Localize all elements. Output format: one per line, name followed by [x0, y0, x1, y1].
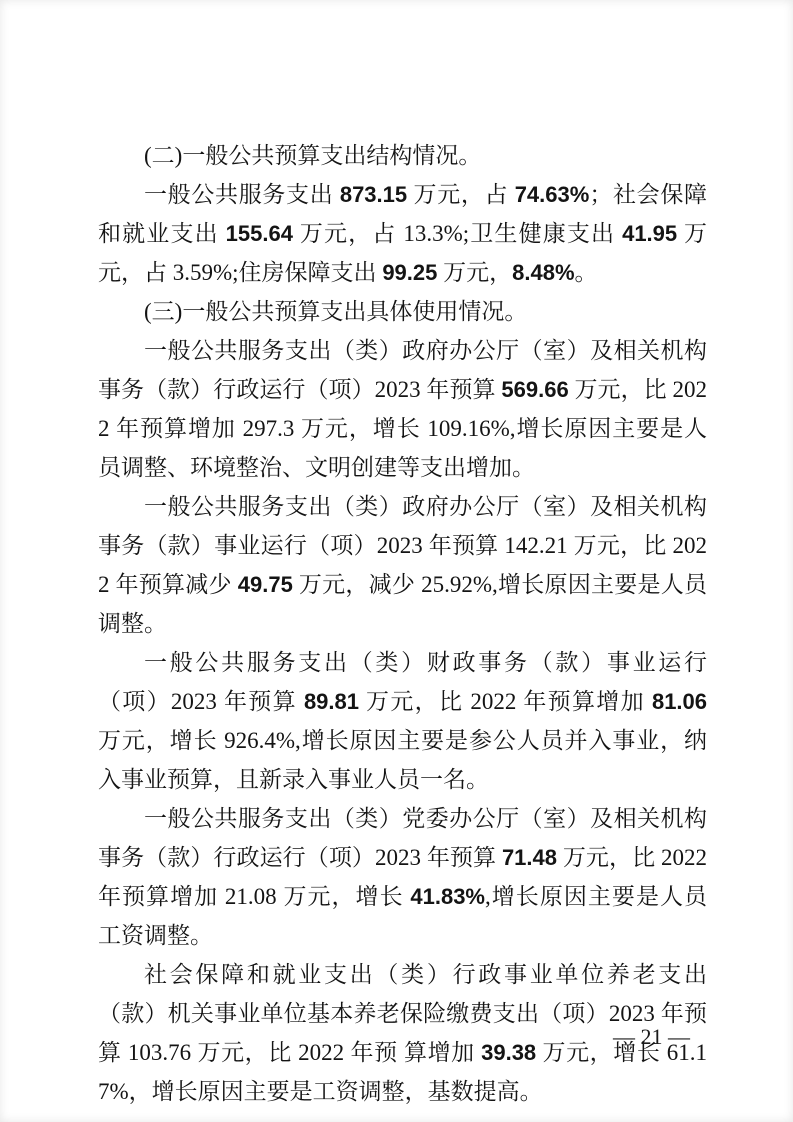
page-footer: — 21 — — [613, 1022, 690, 1052]
text-run: 3.59% — [173, 260, 232, 285]
numeric-value: 873.15 — [340, 182, 407, 207]
paragraph-finance-affairs: 一般公共服务支出（类）财政事务（款）事业运行 （项）2023 年预算 89.81… — [98, 643, 707, 799]
text-run: ;住房保障支出 — [232, 260, 382, 285]
paragraph-party-office-admin: 一般公共服务支出（类）党委办公厅（室）及相关机构事务（款）行政运行（项）2023… — [98, 799, 707, 955]
text-run: ，增长原因主要是工资调整，基数提高。 — [129, 1079, 543, 1104]
section-heading-3: (三)一般公共预算支出具体使用情况。 — [98, 292, 707, 331]
paragraph-gov-office-operation: 一般公共服务支出（类）政府办公厅（室）及相关机构事务（款）事业运行（项）2023… — [98, 487, 707, 643]
text-run: 万元，比 2022 年预算增加 — [359, 689, 652, 714]
numeric-value: 41.95 — [622, 221, 677, 246]
page-number: — 21 — — [613, 1024, 690, 1049]
text-run: (三)一般公共预算支出具体使用情况。 — [144, 299, 527, 324]
text-run: (二)一般公共预算支出结构情况。 — [144, 143, 481, 168]
text-run: 万元，增长 — [294, 416, 427, 441]
text-run: 万元，增长 — [277, 884, 411, 909]
paragraph-gov-office-admin: 一般公共服务支出（类）政府办公厅（室）及相关机构事务（款）行政运行（项）2023… — [98, 331, 707, 487]
numeric-value: 569.66 — [501, 377, 568, 402]
text-run: 一般公共服务支出 — [144, 182, 340, 207]
paragraph-expenditure-structure: 一般公共服务支出 873.15 万元，占 74.63%；社会保障和就业支出 15… — [98, 175, 707, 292]
text-run: 297.3 — [243, 416, 295, 441]
numeric-value: 81.06 — [652, 689, 707, 714]
text-run: ;卫生健康支出 — [463, 221, 622, 246]
text-run: 万元，比 2022 年预 算增加 — [191, 1040, 481, 1065]
numeric-value: 41.83% — [410, 884, 485, 909]
numeric-value: 155.64 — [226, 221, 293, 246]
numeric-value: 99.25 — [382, 260, 437, 285]
text-run: 。 — [575, 260, 598, 285]
text-run: 万元，占 — [407, 182, 515, 207]
text-run: 142.21 — [504, 533, 567, 558]
numeric-value: 71.48 — [502, 845, 557, 870]
text-run: 926.4% — [224, 728, 295, 753]
text-run: 25.92% — [421, 572, 492, 597]
numeric-value: 49.75 — [238, 572, 293, 597]
text-run: 109.16% — [427, 416, 509, 441]
numeric-value: 8.48% — [512, 260, 574, 285]
text-run: 万元，占 — [293, 221, 403, 246]
numeric-value: 89.81 — [304, 689, 359, 714]
text-run: 21.08 — [225, 884, 277, 909]
numeric-value: 74.63% — [515, 182, 590, 207]
numeric-value: 39.38 — [481, 1040, 536, 1065]
document-body: (二)一般公共预算支出结构情况。一般公共服务支出 873.15 万元，占 74.… — [98, 136, 707, 1111]
text-run: 13.3% — [403, 221, 462, 246]
text-run: 万元，减少 — [293, 572, 421, 597]
section-heading-2: (二)一般公共预算支出结构情况。 — [98, 136, 707, 175]
text-run: 103.76 — [128, 1040, 191, 1065]
text-run: 万元， — [437, 260, 512, 285]
document-page: (二)一般公共预算支出结构情况。一般公共服务支出 873.15 万元，占 74.… — [0, 0, 793, 1122]
